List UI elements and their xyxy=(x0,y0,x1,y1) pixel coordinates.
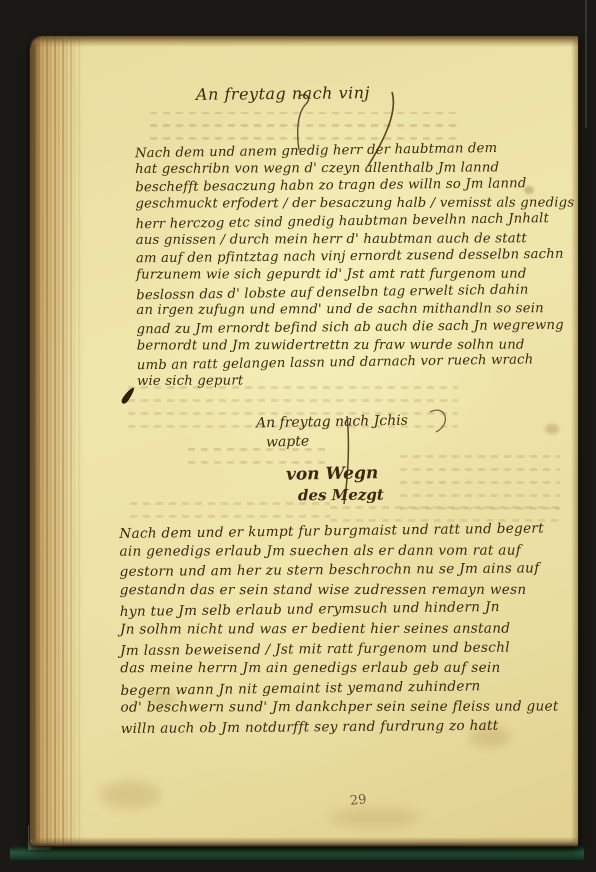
foxing-stain xyxy=(545,424,559,434)
folio-number: 29 xyxy=(349,792,367,809)
entry-paragraph-2: Nach dem und er kumpt fur burgmaist und … xyxy=(119,520,577,739)
entry-paragraph-1: Nach dem und anem gnedig herr der haubtm… xyxy=(135,140,577,392)
book-board-edge xyxy=(10,846,584,861)
foxing-stain xyxy=(100,781,160,809)
manuscript-text-line: od' beschwern sund' Jm dankchper sein se… xyxy=(121,698,578,719)
manuscript-photo: An freytag nach vinj Nach dem und anem g… xyxy=(0,0,596,872)
manuscript-text-line: Jm lassn beweisend / Jst mit ratt furgen… xyxy=(120,638,577,662)
manuscript-text-line: wie sich gepurt xyxy=(137,371,577,391)
foxing-stain xyxy=(330,808,420,828)
entry-heading-2-line3: von Wegn xyxy=(286,463,379,485)
manuscript-text-line: willn auch ob Jm notdurfft sey rand furd… xyxy=(121,716,578,740)
page-bottom-deckle-edge xyxy=(30,837,578,846)
entry-heading-2-line1: An freytag nach Jchis xyxy=(256,413,408,432)
entry-heading-2-line4: des Mezgt xyxy=(298,486,384,505)
manuscript-text-line: Jn solhm nicht und was er bedient hier s… xyxy=(120,619,577,640)
page-top-soiled-edge xyxy=(30,36,578,47)
binding-edge-texture xyxy=(30,36,84,846)
entry-heading-2-line2: wapte xyxy=(266,433,310,450)
manuscript-text-line: gestorn und am her zu stern beschrochn n… xyxy=(120,559,577,583)
scan-artifact-line xyxy=(585,0,587,128)
entry-heading-1: An freytag nach vinj xyxy=(196,83,370,104)
